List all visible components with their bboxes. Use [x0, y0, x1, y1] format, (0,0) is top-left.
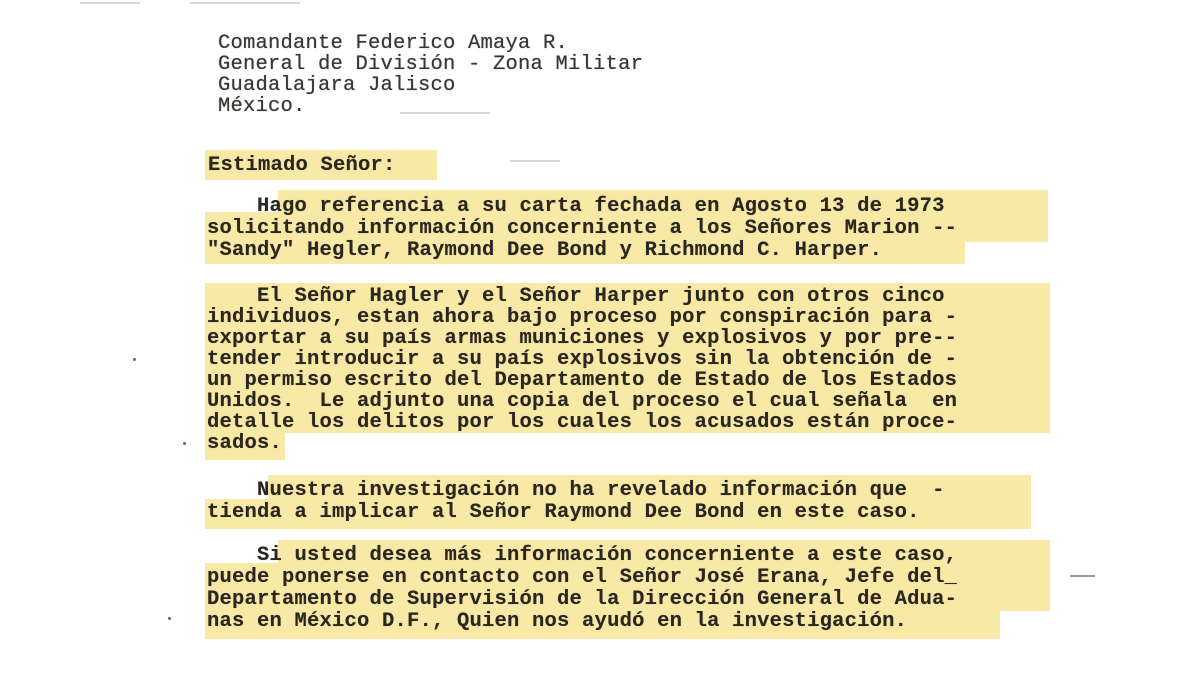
paragraph-line: "Sandy" Hegler, Raymond Dee Bond y Richm… [207, 240, 882, 261]
address-line: Guadalajara Jalisco [218, 75, 456, 96]
paragraph-line: El Señor Hagler y el Señor Harper junto … [207, 286, 945, 307]
paragraph-line: puede ponerse en contacto con el Señor J… [207, 567, 957, 588]
paragraph-line: sados. [207, 433, 282, 454]
paragraph-line: Nuestra investigación no ha revelado inf… [207, 480, 945, 501]
paragraph-line: exportar a su país armas municiones y ex… [207, 328, 957, 349]
scan-speck [168, 617, 171, 620]
paragraph-line: Departamento de Supervisión de la Direcc… [207, 589, 957, 610]
scan-speck [133, 358, 136, 361]
paragraph-line: un permiso escrito del Departamento de E… [207, 370, 957, 391]
paragraph-line: Si usted desea más información concernie… [207, 545, 957, 566]
paragraph-line: Unidos. Le adjunto una copia del proceso… [207, 391, 957, 412]
scan-artifact [1070, 575, 1095, 577]
salutation: Estimado Señor: [208, 155, 396, 176]
scan-artifact [80, 2, 140, 4]
address-line: General de División - Zona Militar [218, 54, 643, 75]
paragraph-line: tender introducir a su país explosivos s… [207, 349, 957, 370]
scan-speck [183, 442, 186, 445]
paragraph-line: Hago referencia a su carta fechada en Ag… [207, 196, 945, 217]
address-line: México. [218, 96, 306, 117]
paragraph-line: solicitando información concerniente a l… [207, 218, 957, 239]
paragraph-line: detalle los delitos por los cuales los a… [207, 412, 957, 433]
paragraph-line: individuos, estan ahora bajo proceso por… [207, 307, 957, 328]
scan-artifact [510, 160, 560, 162]
scanned-letter-page: Comandante Federico Amaya R. General de … [0, 0, 1200, 673]
address-line: Comandante Federico Amaya R. [218, 33, 568, 54]
paragraph-line: tienda a implicar al Señor Raymond Dee B… [207, 502, 920, 523]
scan-artifact [400, 112, 490, 114]
paragraph-line: nas en México D.F., Quien nos ayudó en l… [207, 611, 907, 632]
scan-artifact [190, 2, 300, 4]
